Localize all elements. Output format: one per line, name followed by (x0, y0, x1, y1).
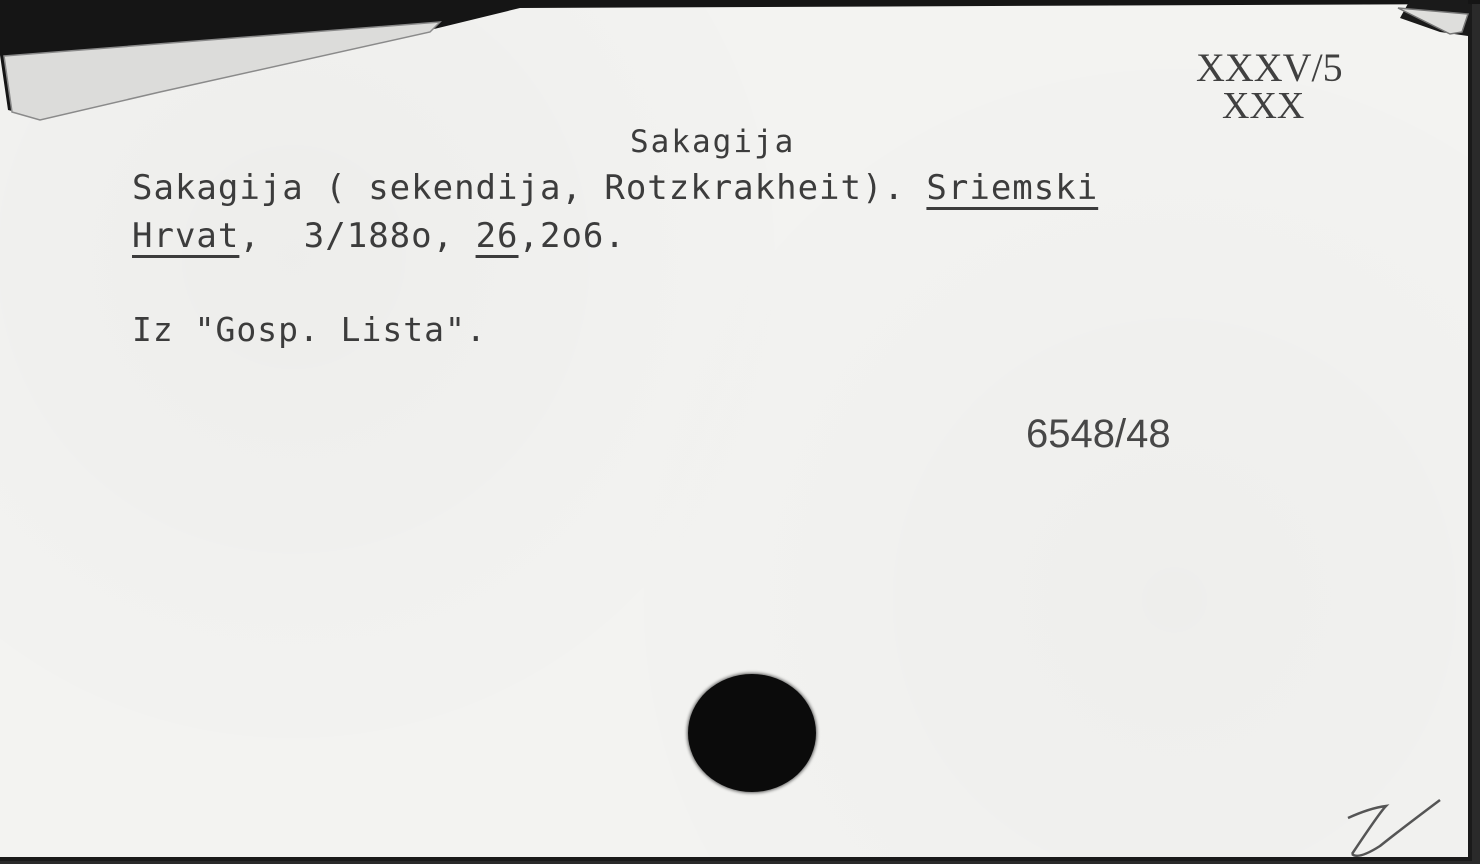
index-card: XXXV/5 XXX Sakagija Sakagija ( sekendija… (0, 0, 1472, 861)
entry-number-rest: ,2o6. (519, 216, 626, 256)
entry-issue: 3/188o, (304, 216, 454, 256)
accession-number: 6548/48 (1026, 412, 1171, 457)
handwritten-initials-mark (1340, 790, 1450, 860)
entry-number-underlined: 26 (476, 216, 519, 256)
call-number-sub: XXX (1222, 84, 1304, 128)
entry-synonyms: ( sekendija, Rotzkrakheit). (325, 168, 905, 208)
source-note: Iz "Gosp. Lista". (132, 310, 487, 349)
entry-term: Sakagija (132, 168, 304, 208)
entry-line-1: Sakagija ( sekendija, Rotzkrakheit). Sri… (132, 168, 1098, 208)
card-heading: Sakagija (630, 124, 795, 160)
punch-hole (688, 674, 816, 792)
entry-line-2: Hrvat, 3/188o, 26,2o6. (132, 216, 626, 256)
source-title-part1: Sriemski (926, 168, 1098, 208)
source-title-part2: Hrvat (132, 216, 239, 256)
